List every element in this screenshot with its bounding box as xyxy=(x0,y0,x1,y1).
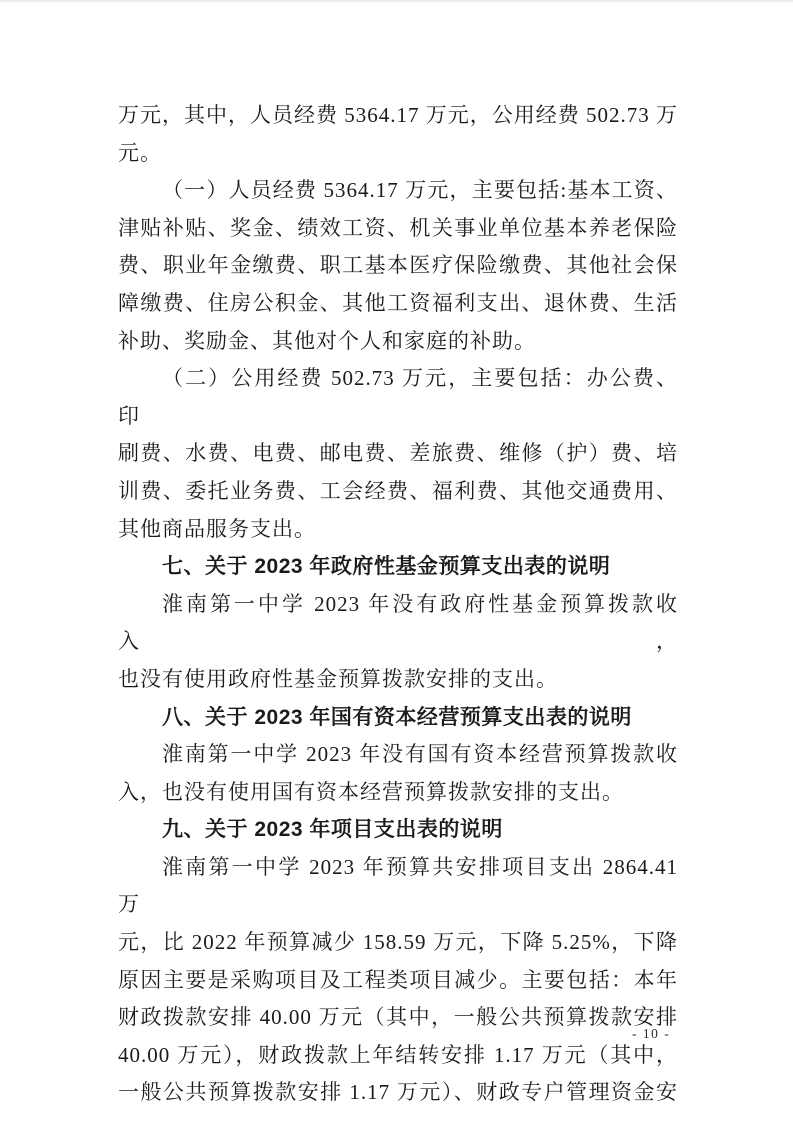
body-line: 其他商品服务支出。 xyxy=(118,511,678,549)
body-line: 训费、委托业务费、工会经费、福利费、其他交通费用、 xyxy=(118,473,678,511)
page-number: - 10 - xyxy=(632,1026,670,1042)
body-line: 入，也没有使用国有资本经营预算拨款安排的支出。 xyxy=(118,774,678,812)
body-line: 财政拨款安排 40.00 万元（其中，一般公共预算拨款安排 xyxy=(118,999,678,1037)
document-page: 万元，其中，人员经费 5364.17 万元，公用经费 502.73 万 元。 （… xyxy=(0,0,793,1122)
body-line: 刷费、水费、电费、邮电费、差旅费、维修（护）费、培 xyxy=(118,435,678,473)
body-line: 元。 xyxy=(118,135,678,173)
body-line: 一般公共预算拨款安排 1.17 万元）、财政专户管理资金安 xyxy=(118,1074,678,1112)
document-body: 万元，其中，人员经费 5364.17 万元，公用经费 502.73 万 元。 （… xyxy=(118,97,678,1112)
body-line: 障缴费、住房公积金、其他工资福利支出、退休费、生活 xyxy=(118,285,678,323)
body-line: 淮南第一中学 2023 年没有政府性基金预算拨款收入， xyxy=(118,586,678,661)
body-line: 补助、奖励金、其他对个人和家庭的补助。 xyxy=(118,323,678,361)
body-line: 原因主要是采购项目及工程类项目减少。主要包括：本年 xyxy=(118,962,678,1000)
section-8-heading: 八、关于 2023 年国有资本经营预算支出表的说明 xyxy=(118,699,678,737)
section-9-heading: 九、关于 2023 年项目支出表的说明 xyxy=(118,811,678,849)
body-line: （一）人员经费 5364.17 万元，主要包括:基本工资、 xyxy=(118,172,678,210)
body-line: 40.00 万元），财政拨款上年结转安排 1.17 万元（其中， xyxy=(118,1037,678,1075)
page-top-edge xyxy=(0,0,793,2)
body-line: （二）公用经费 502.73 万元，主要包括：办公费、印 xyxy=(118,360,678,435)
body-line: 也没有使用政府性基金预算拨款安排的支出。 xyxy=(118,661,678,699)
body-line: 费、职业年金缴费、职工基本医疗保险缴费、其他社会保 xyxy=(118,247,678,285)
body-line: 津贴补贴、奖金、绩效工资、机关事业单位基本养老保险 xyxy=(118,210,678,248)
body-line: 淮南第一中学 2023 年没有国有资本经营预算拨款收 xyxy=(118,736,678,774)
body-line: 万元，其中，人员经费 5364.17 万元，公用经费 502.73 万 xyxy=(118,97,678,135)
body-line: 淮南第一中学 2023 年预算共安排项目支出 2864.41 万 xyxy=(118,849,678,924)
section-7-heading: 七、关于 2023 年政府性基金预算支出表的说明 xyxy=(118,548,678,586)
body-line: 元，比 2022 年预算减少 158.59 万元，下降 5.25%，下降 xyxy=(118,924,678,962)
